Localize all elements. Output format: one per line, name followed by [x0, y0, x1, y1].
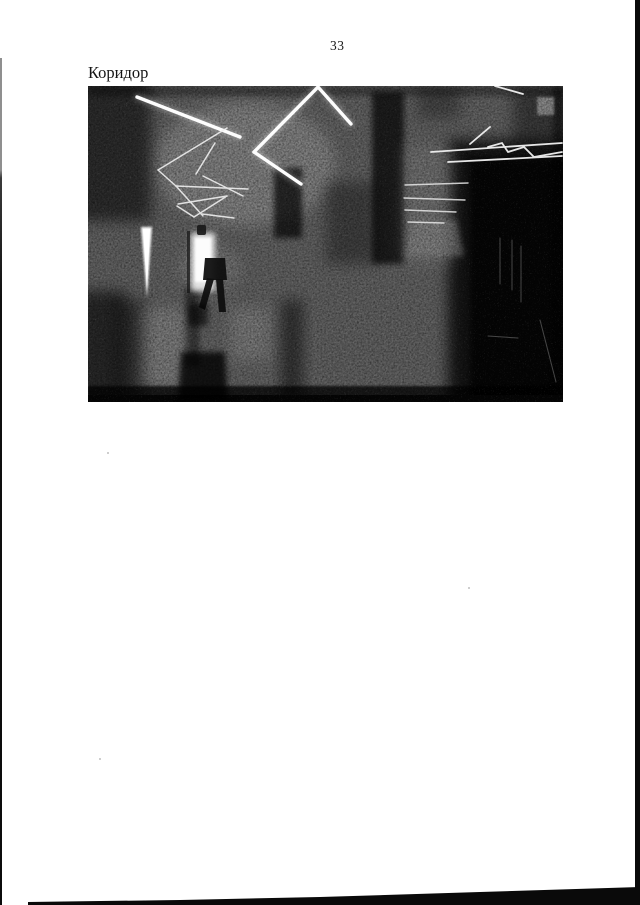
scan-speck	[107, 452, 109, 454]
photo-noise	[88, 86, 563, 402]
scan-edge-left	[0, 58, 2, 905]
scan-edge-bottom	[0, 885, 640, 905]
scan-edge-right	[635, 0, 640, 905]
corridor-photo	[88, 86, 563, 402]
scanned-document-page: 33 Коридор	[0, 0, 640, 905]
photo-caption: Коридор	[88, 63, 148, 83]
scan-speck	[99, 758, 101, 760]
page-number: 33	[330, 38, 360, 54]
scan-speck	[468, 587, 470, 589]
corridor-photo-art	[88, 86, 563, 402]
